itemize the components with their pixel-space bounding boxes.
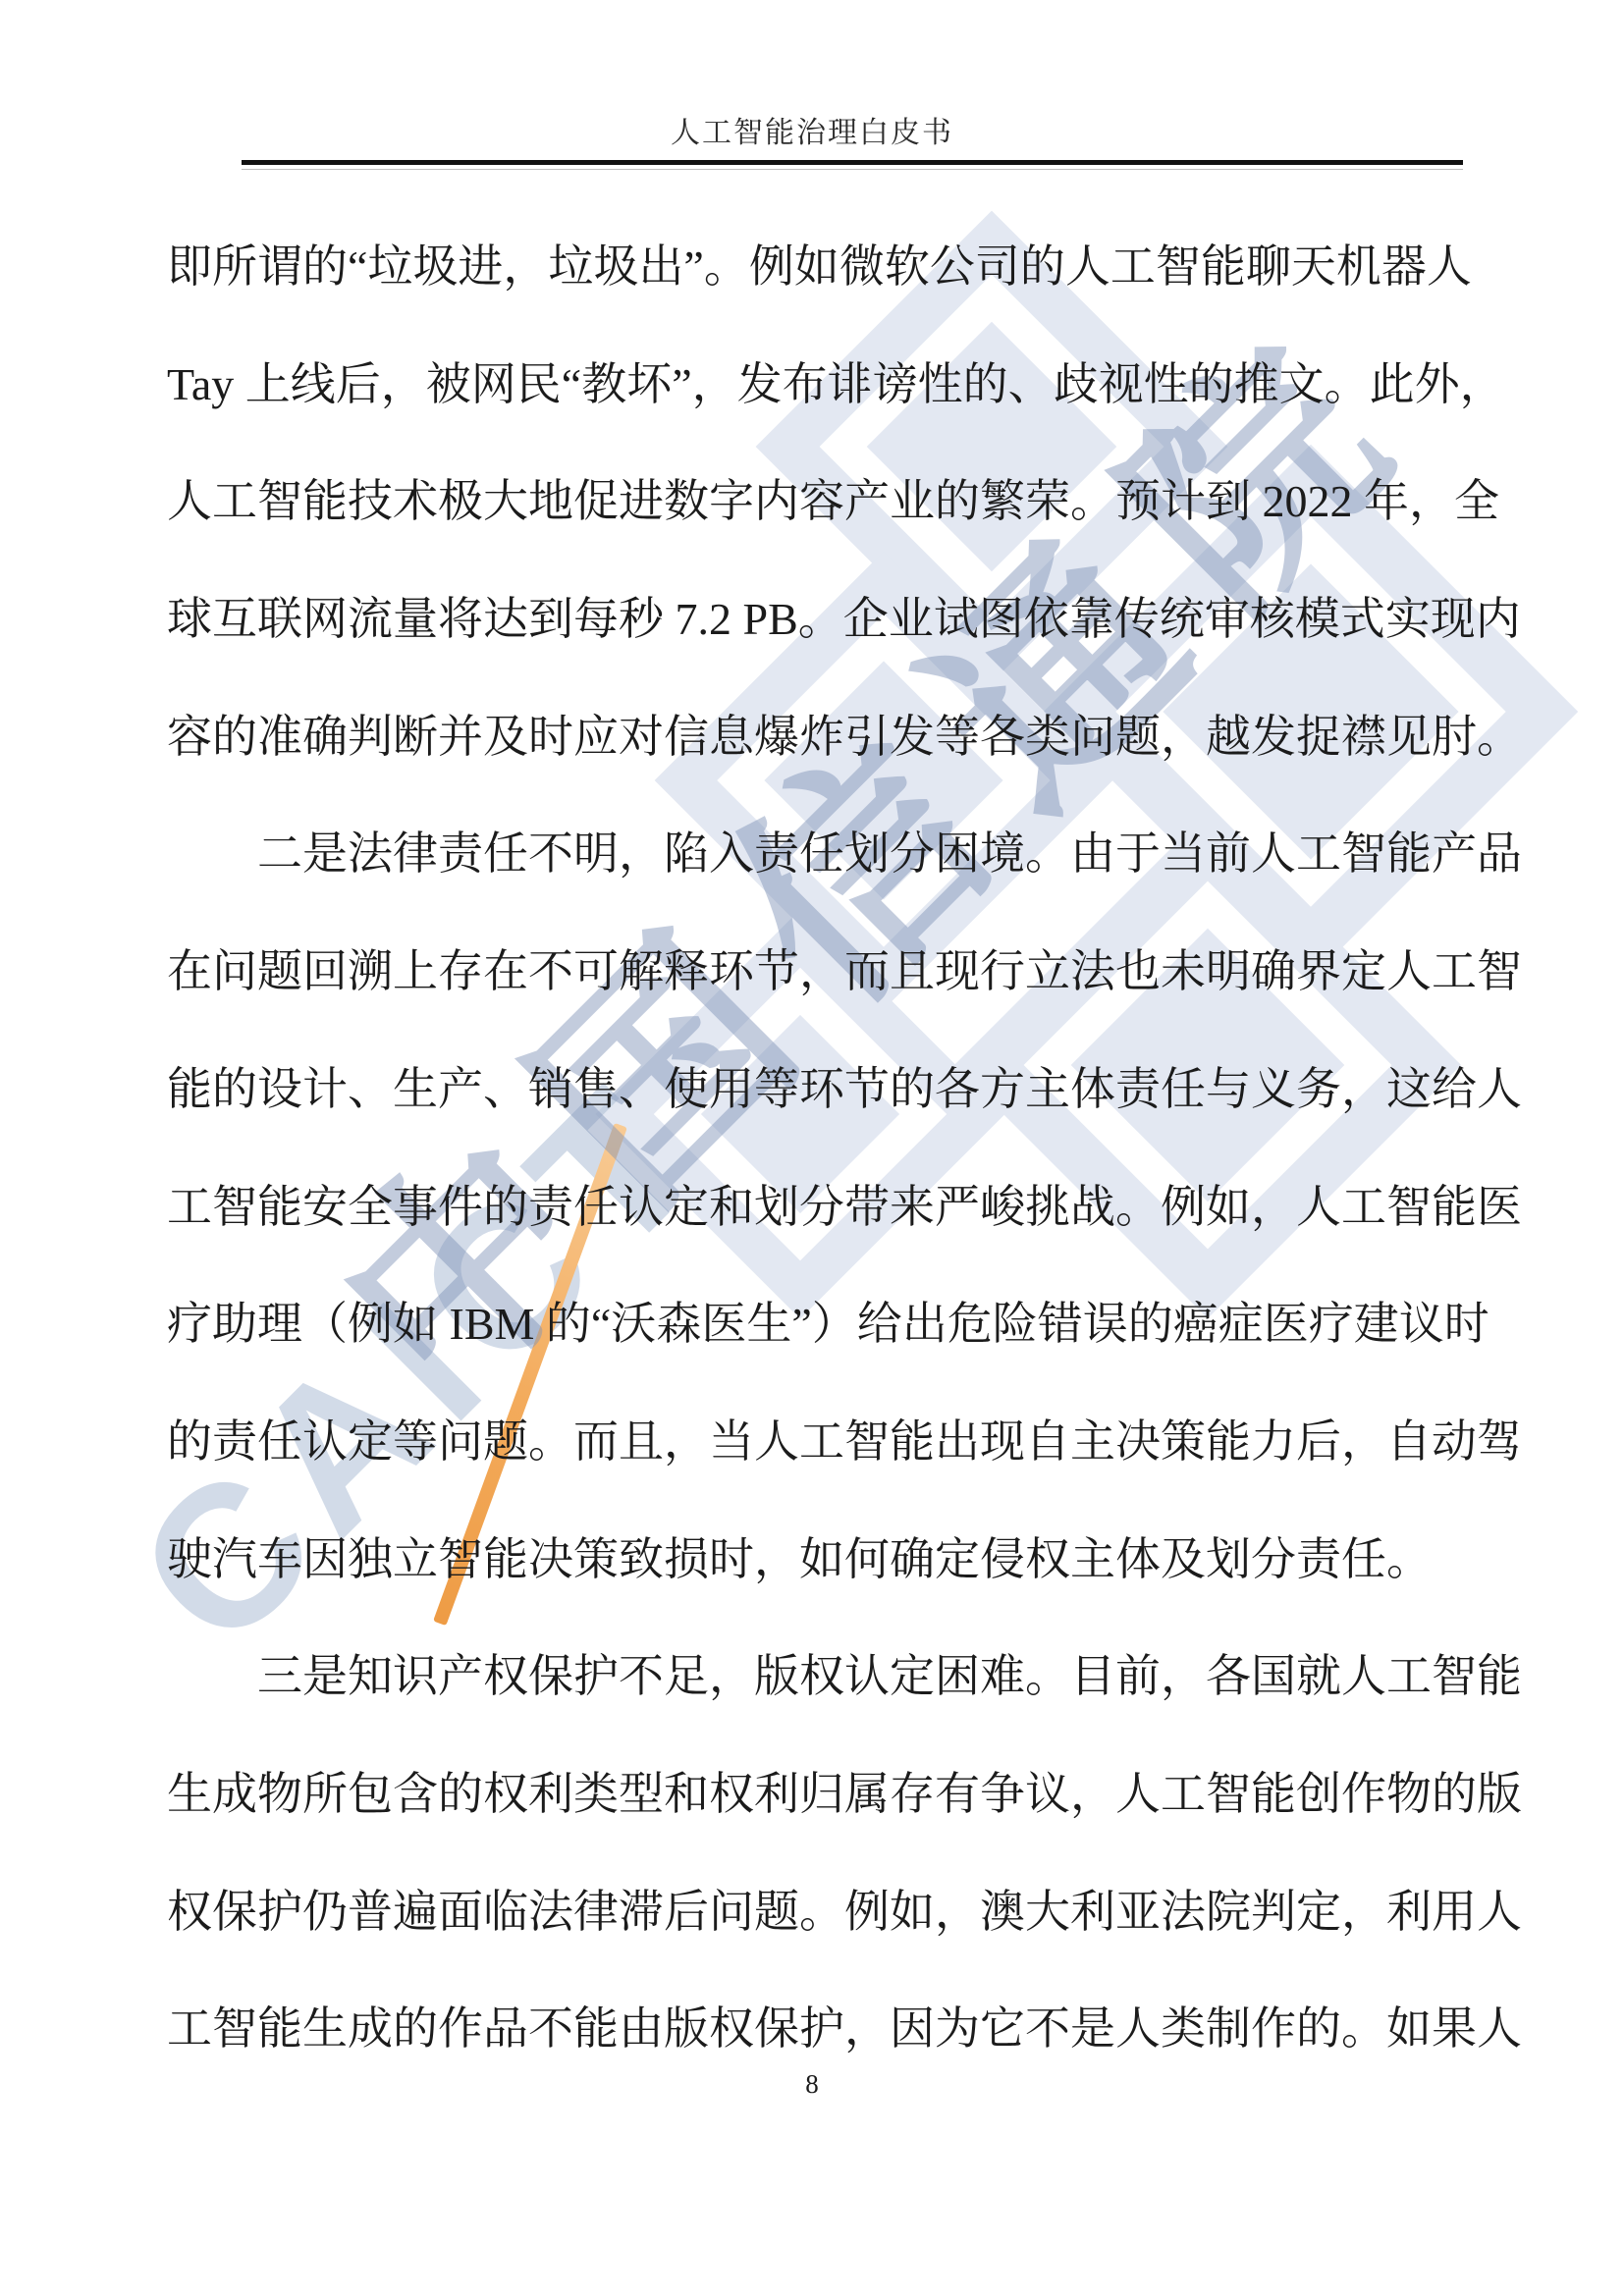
- page-header-title: 人工智能治理白皮书: [0, 117, 1624, 150]
- body-line-paragraph-start: 三是知识产权保护不足，版权认定困难。目前，各国就人工智能: [167, 1618, 1460, 1735]
- header-rule-thin: [242, 169, 1463, 170]
- body-line: 工智能安全事件的责任认定和划分带来严峻挑战。例如，人工智能医: [167, 1148, 1460, 1266]
- body-line: 即所谓的“垃圾进，垃圾出”。例如微软公司的人工智能聊天机器人: [167, 208, 1460, 326]
- document-page: CAICT 中国信通院 人工智能治理白皮书 即所谓的“垃圾进，垃圾出”。例如微软…: [0, 0, 1624, 2296]
- body-line: 驶汽车因独立智能决策致损时，如何确定侵权主体及划分责任。: [167, 1501, 1460, 1619]
- body-text-block: 即所谓的“垃圾进，垃圾出”。例如微软公司的人工智能聊天机器人 Tay 上线后，被…: [167, 208, 1460, 2088]
- body-line: Tay 上线后，被网民“教坏”，发布诽谤性的、歧视性的推文。此外，: [167, 326, 1460, 444]
- body-line: 疗助理（例如 IBM 的“沃森医生”）给出危险错误的癌症医疗建议时: [167, 1265, 1460, 1383]
- body-line: 权保护仍普遍面临法律滞后问题。例如，澳大利亚法院判定，利用人: [167, 1853, 1460, 1971]
- body-line-paragraph-start: 二是法律责任不明，陷入责任划分困境。由于当前人工智能产品: [167, 795, 1460, 913]
- body-line: 人工智能技术极大地促进数字内容产业的繁荣。预计到 2022 年，全: [167, 443, 1460, 561]
- body-line: 容的准确判断并及时应对信息爆炸引发等各类问题，越发捉襟见肘。: [167, 678, 1460, 796]
- body-line: 球互联网流量将达到每秒 7.2 PB。企业试图依靠传统审核模式实现内: [167, 561, 1460, 678]
- body-line: 的责任认定等问题。而且，当人工智能出现自主决策能力后，自动驾: [167, 1383, 1460, 1501]
- page-number: 8: [0, 2069, 1624, 2100]
- body-line: 能的设计、生产、销售、使用等环节的各方主体责任与义务，这给人: [167, 1031, 1460, 1148]
- body-line: 在问题回溯上存在不可解释环节，而且现行立法也未明确界定人工智: [167, 913, 1460, 1031]
- body-line: 生成物所包含的权利类型和权利归属存有争议，人工智能创作物的版: [167, 1735, 1460, 1853]
- header-rule-thick: [242, 160, 1463, 165]
